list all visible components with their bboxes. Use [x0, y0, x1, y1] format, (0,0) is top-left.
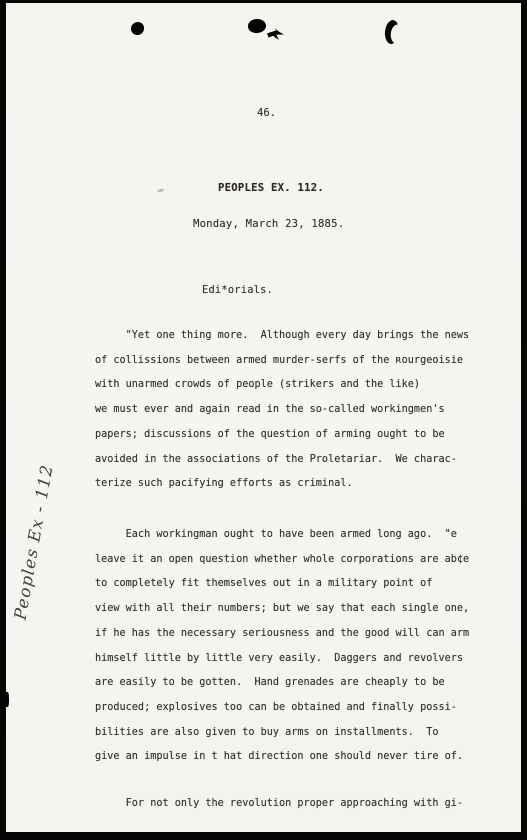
border-notch [6, 692, 9, 707]
ink-blot-tail-icon [267, 28, 284, 40]
body-paragraph-3: For not only the revolution proper appro… [95, 792, 463, 817]
paper-smudge [157, 188, 165, 193]
section-heading: Edi*orials. [202, 284, 273, 297]
date-line: Monday, March 23, 1885. [193, 218, 344, 231]
page-number: 46. [257, 107, 276, 120]
ink-blot-round-icon [130, 21, 145, 36]
scanned-document-page: 46. PEOPLES EX. 112. Monday, March 23, 1… [0, 0, 527, 840]
ink-blot-crescent-icon [384, 19, 400, 44]
body-paragraph-1: "Yet one thing more. Although every day … [95, 324, 469, 497]
body-paragraph-2: Each workingman ought to have been armed… [95, 523, 469, 770]
ink-blot-tailed-icon [247, 18, 267, 34]
handwritten-margin-note: Peoples Ex - 112 [11, 391, 70, 621]
exhibit-title: PEOPLES EX. 112. [218, 182, 324, 195]
